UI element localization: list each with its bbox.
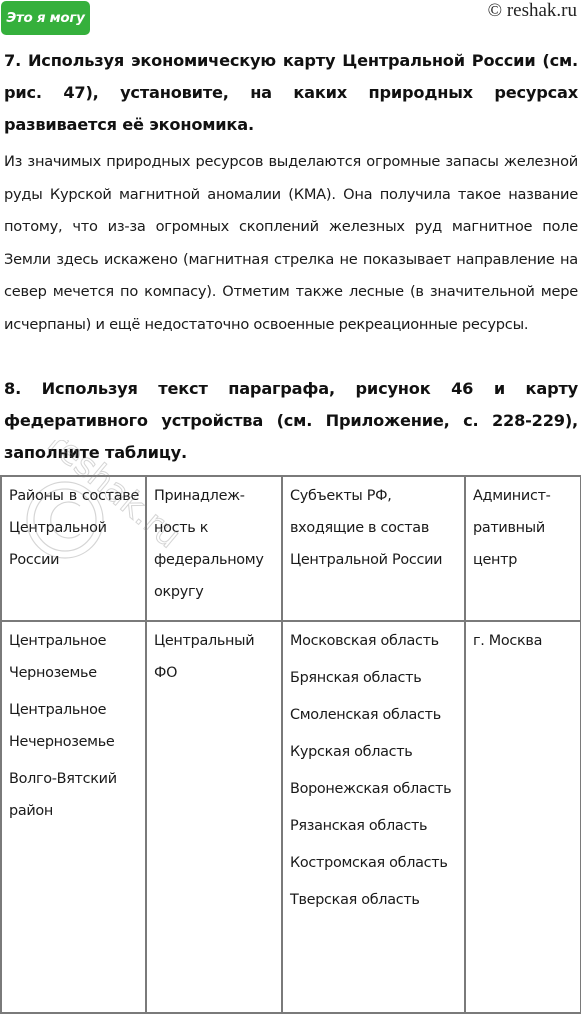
header-admin-center-text: Админист-ративный центр [473,480,574,576]
header-subjects: Субъекты РФ, входящие в состав Центральн… [282,476,465,621]
subject-item: Смоленская область [290,699,458,731]
header-federal-district-text: Принадлеж-ность к федеральному округу [154,480,275,608]
region-item: Центральное Черноземье [9,625,139,689]
table-row: Центральное Черноземье Центральное Нечер… [1,621,581,1013]
region-item: Волго-Вятский район [9,763,139,827]
region-item: Центральное Нечерноземье [9,694,139,758]
table-header-row: Районы в составе Центральной России Прин… [1,476,581,621]
subject-item: Воронежская область [290,773,458,805]
header-regions: Районы в составе Центральной России [1,476,146,621]
header-admin-center: Админист-ративный центр [465,476,581,621]
cell-subjects: Московская область Брянская область Смол… [282,621,465,1013]
admin-center-text: г. Москва [473,625,574,657]
this-i-can-badge: Это я могу [1,1,90,35]
answer-7: Из значимых природных ресурсов выделаютс… [4,146,578,341]
answer-table: Районы в составе Центральной России Прин… [0,475,581,1014]
federal-district-text: Центральный ФО [154,625,275,689]
question-7: 7. Используя экономическую карту Централ… [4,45,578,141]
subject-item: Тверская область [290,884,458,916]
subject-item: Брянская область [290,662,458,694]
header-federal-district: Принадлеж-ность к федеральному округу [146,476,282,621]
subject-item: Рязанская область [290,810,458,842]
copyright-label: © reshak.ru [488,0,577,22]
cell-federal-district: Центральный ФО [146,621,282,1013]
subject-item: Курская область [290,736,458,768]
cell-admin-center: г. Москва [465,621,581,1013]
question-8: 8. Используя текст параграфа, рисунок 46… [4,373,578,469]
subject-item: Московская область [290,625,458,657]
cell-regions: Центральное Черноземье Центральное Нечер… [1,621,146,1013]
header-regions-text: Районы в составе Центральной России [9,480,139,576]
subject-item: Костромская область [290,847,458,879]
header-subjects-text: Субъекты РФ, входящие в состав Центральн… [290,480,458,576]
